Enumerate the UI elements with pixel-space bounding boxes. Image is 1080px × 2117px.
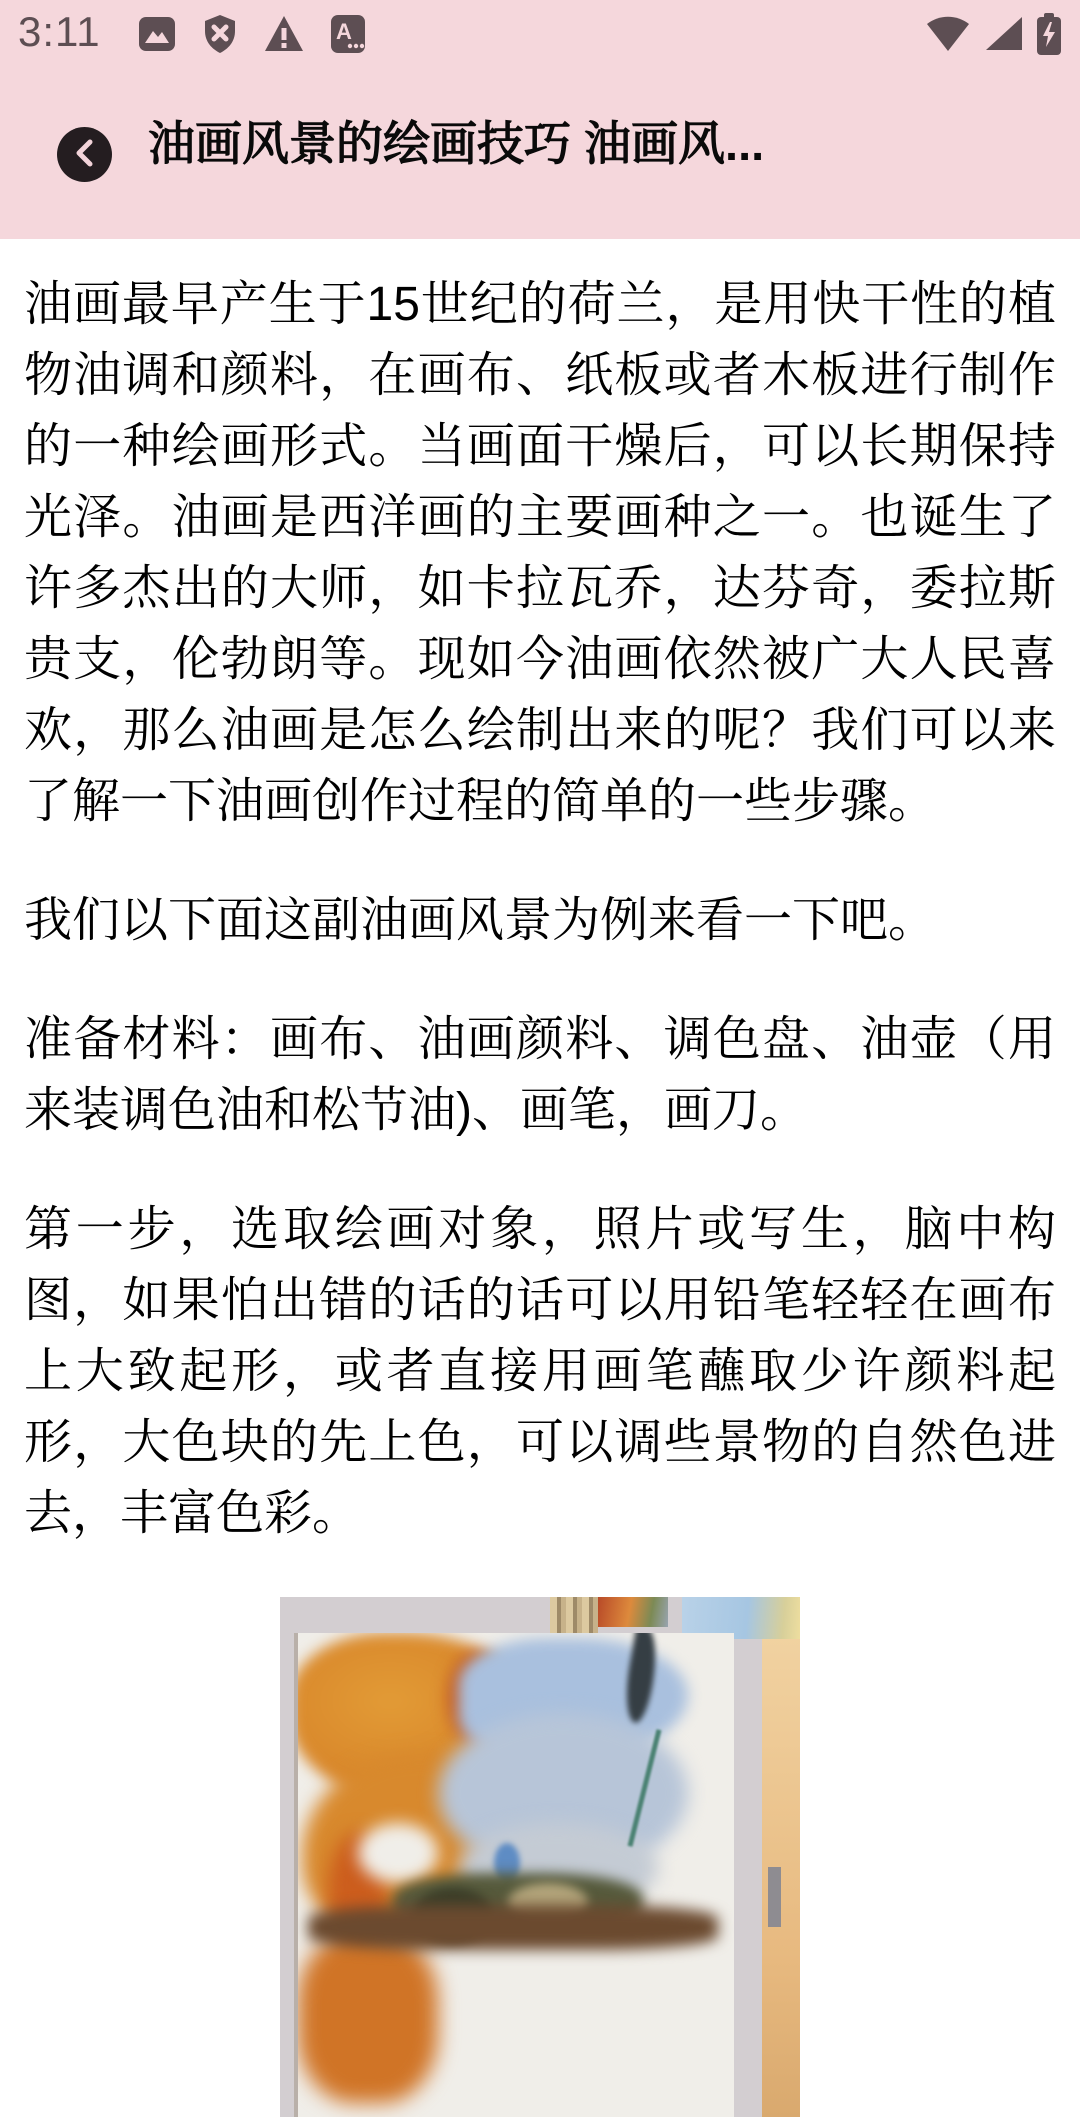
article-paragraph: 油画最早产生于15世纪的荷兰，是用快干性的植物油调和颜料，在画布、纸板或者木板进… [24,269,1056,837]
canvas-white-gap [358,1823,438,1883]
svg-text:A: A [336,19,352,44]
painting-canvas [294,1633,734,1920]
back-button[interactable] [57,127,112,182]
system-icons [924,13,1062,55]
header: 油画风景的绘画技巧 油画风... [0,96,1080,186]
small-painting [598,1597,668,1627]
warning-icon [264,14,304,54]
chevron-left-icon [70,136,100,173]
article-body: 油画最早产生于15世纪的荷兰，是用快干性的植物油调和颜料，在画布、纸板或者木板进… [0,239,1080,1920]
status-time: 3:11 [18,8,101,56]
shield-x-icon [202,14,238,54]
battery-charging-icon [1036,13,1062,55]
easel-post [768,1867,781,1920]
article-image-oil-painting[interactable] [280,1597,800,1920]
image-icon [138,14,176,54]
cellular-signal-icon [984,16,1024,52]
paint-smear-brown [308,1905,718,1920]
article-paragraph: 第一步，选取绘画对象，照片或写生，脑中构图，如果怕出错的话的话可以用铅笔轻轻在画… [24,1194,1056,1549]
input-a-icon: A [330,13,366,55]
top-bar: 3:11 [0,0,1080,239]
article-paragraph: 我们以下面这副油画风景为例来看一下吧。 [24,885,1056,956]
wifi-icon [924,15,972,53]
status-bar: 3:11 [0,0,1080,66]
page-title: 油画风景的绘画技巧 油画风... [148,96,764,186]
article-paragraph: 准备材料：画布、油画颜料、调色盘、油壶（用来装调色油和松节油)、画笔，画刀。 [24,1004,1056,1146]
notification-icons: A [138,13,366,55]
